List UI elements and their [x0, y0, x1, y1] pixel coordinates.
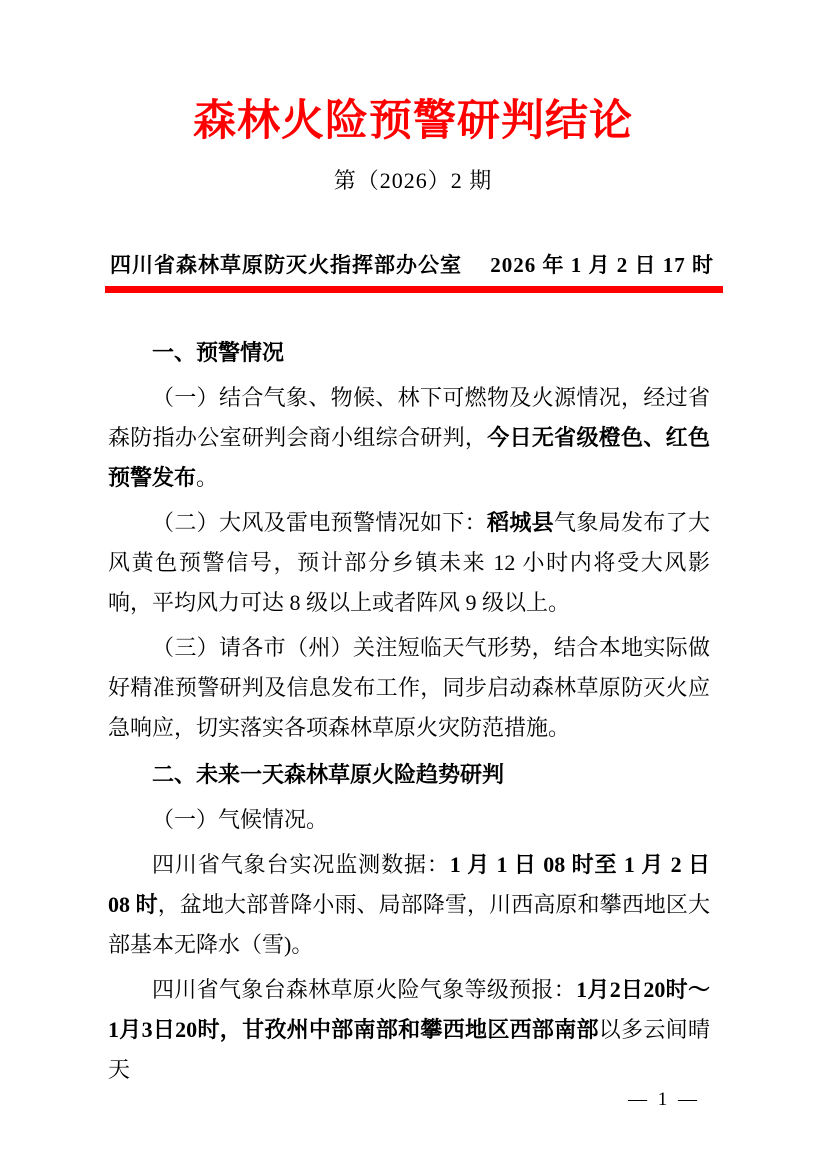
paragraph: 四川省气象台实况监测数据：1 月 1 日 08 时至 1 月 2 日 08 时，… — [108, 845, 710, 965]
red-divider-rule — [105, 286, 723, 293]
text-run: （一）气候情况。 — [152, 807, 328, 832]
paragraph: 四川省气象台森林草原火险气象等级预报：1月2日20时～1月3日20时，甘孜州中部… — [108, 970, 710, 1090]
paragraph: （一）结合气象、物候、林下可燃物及火源情况，经过省森防指办公室研判会商小组综合研… — [108, 378, 710, 498]
text-run: 四川省气象台森林草原火险气象等级预报： — [152, 977, 576, 1002]
section-heading: 一、预警情况 — [108, 333, 710, 373]
document-body: 一、预警情况（一）结合气象、物候、林下可燃物及火源情况，经过省森防指办公室研判会… — [108, 333, 710, 1090]
text-run: ，盆地大部普降小雨、局部降雪，川西高原和攀西地区大部基本无降水（雪)。 — [108, 892, 710, 957]
page-number: — 1 — — [628, 1089, 700, 1111]
text-run: 。 — [196, 465, 218, 490]
issue-datetime: 2026 年 1 月 2 日 17 时 — [490, 249, 714, 279]
paragraph: （一）气候情况。 — [108, 800, 710, 840]
section-heading: 二、未来一天森林草原火险趋势研判 — [108, 755, 710, 795]
issuing-org: 四川省森林草原防灭火指挥部办公室 — [110, 249, 462, 279]
document-page: 森林火险预警研判结论 第（2026）2 期 四川省森林草原防灭火指挥部办公室 2… — [0, 0, 826, 1169]
text-run: 一、预警情况 — [152, 340, 284, 365]
text-run: 二、未来一天森林草原火险趋势研判 — [152, 762, 504, 787]
text-run: 稻城县 — [487, 510, 554, 535]
text-run: （三）请各市（州）关注短临天气形势，结合本地实际做好精准预警研判及信息发布工作，… — [108, 635, 710, 740]
text-run: 四川省气象台实况监测数据： — [152, 852, 450, 877]
paragraph: （三）请各市（州）关注短临天气形势，结合本地实际做好精准预警研判及信息发布工作，… — [108, 628, 710, 748]
text-run: （二）大风及雷电预警情况如下： — [152, 510, 487, 535]
masthead: 四川省森林草原防灭火指挥部办公室 2026 年 1 月 2 日 17 时 — [110, 249, 714, 279]
issue-number: 第（2026）2 期 — [0, 164, 826, 195]
document-title: 森林火险预警研判结论 — [0, 0, 826, 148]
paragraph: （二）大风及雷电预警情况如下：稻城县气象局发布了大风黄色预警信号，预计部分乡镇未… — [108, 503, 710, 623]
